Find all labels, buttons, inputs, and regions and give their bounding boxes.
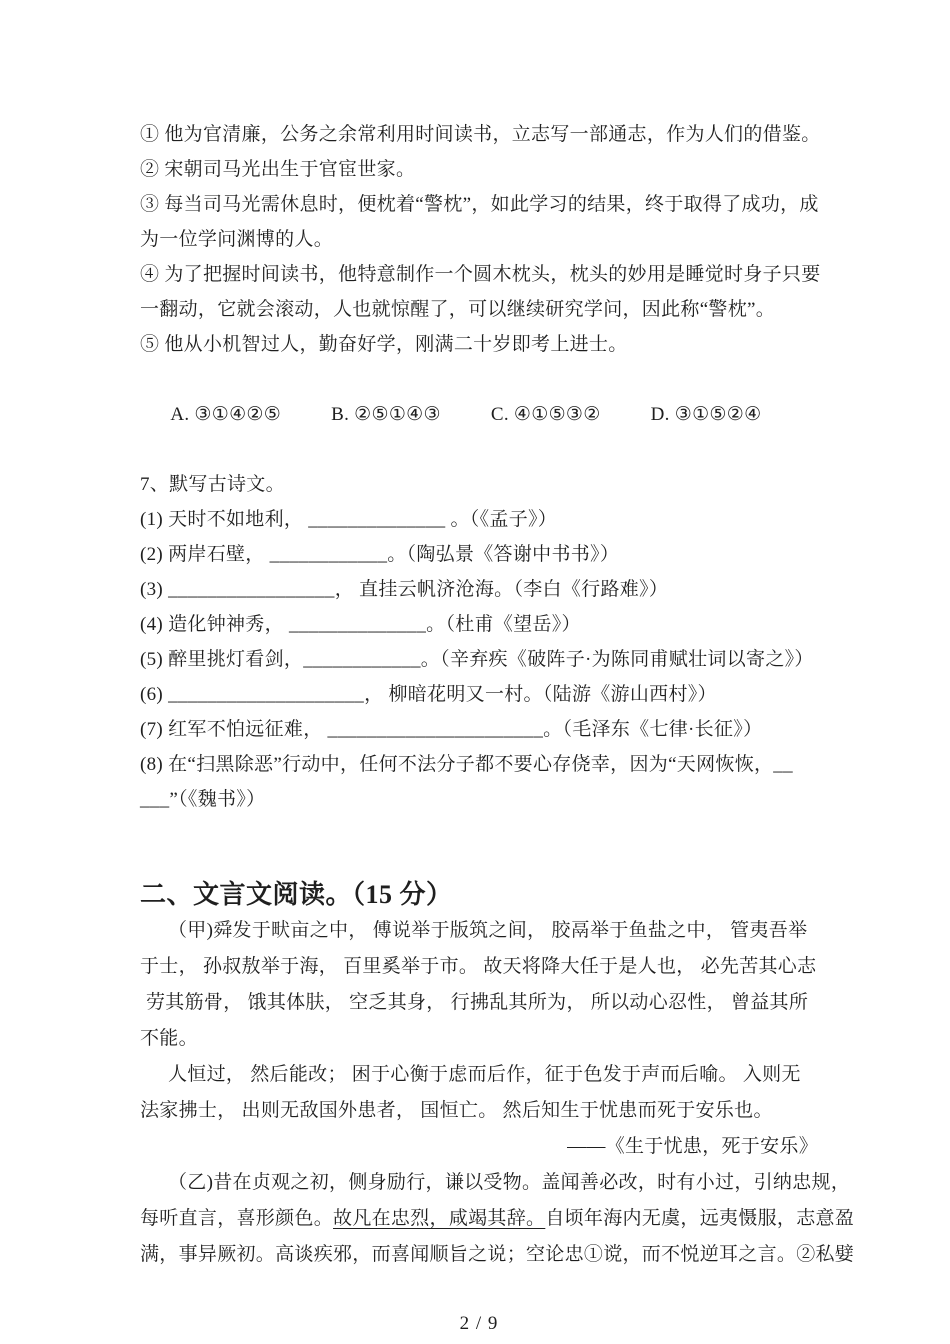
option-d: D. ③①⑤②④ <box>651 397 762 432</box>
exam-document-page: ① 他为官清廉，公务之余常利用时间读书，立志写一部通志，作为人们的借鉴。 ② 宋… <box>0 0 950 1344</box>
question7-blank-line: (4) 造化钟神秀， ______________。（杜甫《望岳》） <box>140 607 818 642</box>
option-c: C. ④①⑤③② <box>491 397 601 432</box>
option-b: B. ②⑤①④③ <box>331 397 441 432</box>
question7-title: 7、默写古诗文。 <box>140 467 818 502</box>
option-a: A. ③①④②⑤ <box>170 397 281 432</box>
question7-blank-line: (5) 醉里挑灯看剑，____________。（辛弃疾《破阵子·为陈同甫赋壮词… <box>140 642 818 677</box>
passage-yi-text: 每听直言，喜形颜色。 <box>140 1208 333 1229</box>
question7-blank-line: (1) 天时不如地利， ______________ 。（《孟子》） <box>140 502 818 537</box>
question6-sentence-line: ③ 每当司马光需休息时，便枕着“警枕”，如此学习的结果，终于取得了成功，成 <box>140 187 818 222</box>
question7-blank-line: (7) 红军不怕远征难， ______________________。（毛泽东… <box>140 712 818 747</box>
page-number: 2 / 9 <box>140 1306 818 1342</box>
passage-jia-line: 于士， 孙叔敖举于海， 百里奚举于市。 故天将降大任于是人也， 必先苦其心志 <box>140 949 818 985</box>
question7-blank-line: (6) ____________________， 柳暗花明又一村。（陆游《游山… <box>140 677 818 712</box>
passage-jia-line: 不能。 <box>140 1021 818 1057</box>
passage-jia-line: 人恒过， 然后能改； 困于心衡于虑而后作，征于色发于声而后喻。 入则无 <box>140 1057 818 1093</box>
question6-sentences: ① 他为官清廉，公务之余常利用时间读书，立志写一部通志，作为人们的借鉴。 ② 宋… <box>140 117 818 362</box>
question7-blank-line: (3) _________________， 直挂云帆济沧海。（李白《行路难》） <box>140 572 818 607</box>
page-content: ① 他为官清廉，公务之余常利用时间读书，立志写一部通志，作为人们的借鉴。 ② 宋… <box>140 0 818 1342</box>
passage-jia-line: （甲)舜发于畎亩之中， 傅说举于版筑之间， 胶鬲举于鱼盐之中， 管夷吾举 <box>140 913 818 949</box>
question6-sentence-line: ① 他为官清廉，公务之余常利用时间读书，立志写一部通志，作为人们的借鉴。 <box>140 117 818 152</box>
question7-blank-line: (8) 在“扫黑除恶”行动中，任何不法分子都不要心存侥幸，因为“天网恢恢，__ <box>140 747 818 782</box>
question6-options-row: A. ③①④②⑤B. ②⑤①④③C. ④①⑤③②D. ③①⑤②④ <box>140 362 818 467</box>
question7-blank-line: (2) 两岸石壁， ____________。（陶弘景《答谢中书书》） <box>140 537 818 572</box>
passage-attribution: ——《生于忧患，死于安乐》 <box>140 1129 818 1165</box>
question6-sentence-line: 一翻动，它就会滚动，人也就惊醒了，可以继续研究学问，因此称“警枕”。 <box>140 292 818 327</box>
passage-yi-line: 满，事异厥初。高谈疾邪，而喜闻顺旨之说；空论忠①谠，而不悦逆耳之言。②私嬖 <box>140 1237 818 1273</box>
passage-yi-line: （乙)昔在贞观之初，侧身励行，谦以受物。盖闻善必改，时有小过，引纳忠规， <box>140 1165 818 1201</box>
question6-sentence-line: ⑤ 他从小机智过人，勤奋好学，刚满二十岁即考上进士。 <box>140 327 818 362</box>
passage-yi-underlined-text: 故凡在忠烈，咸竭其辞。 <box>333 1208 545 1229</box>
question7-blanks: (1) 天时不如地利， ______________ 。（《孟子》） (2) 两… <box>140 502 818 817</box>
passage-yi-text: 自顷年海内无虞，远夷慑服，志意盈 <box>545 1208 854 1229</box>
question6-sentence-line: 为一位学问渊博的人。 <box>140 222 818 257</box>
section2-passages: （甲)舜发于畎亩之中， 傅说举于版筑之间， 胶鬲举于鱼盐之中， 管夷吾举 于士，… <box>140 913 818 1273</box>
question7-blank-line: ___”（《魏书》） <box>140 782 818 817</box>
section2-heading: 二、文言文阅读。（15 分） <box>140 877 818 913</box>
passage-jia-line: 劳其筋骨， 饿其体肤， 空乏其身， 行拂乱其所为， 所以动心忍性， 曾益其所 <box>140 985 818 1021</box>
question6-sentence-line: ② 宋朝司马光出生于官宦世家。 <box>140 152 818 187</box>
question6-sentence-line: ④ 为了把握时间读书，他特意制作一个圆木枕头，枕头的妙用是睡觉时身子只要 <box>140 257 818 292</box>
passage-jia-line: 法家拂士， 出则无敌国外患者， 国恒亡。 然后知生于忧患而死于安乐也。 <box>140 1093 818 1129</box>
passage-yi-line: 每听直言，喜形颜色。故凡在忠烈，咸竭其辞。自顷年海内无虞，远夷慑服，志意盈 <box>140 1201 818 1237</box>
